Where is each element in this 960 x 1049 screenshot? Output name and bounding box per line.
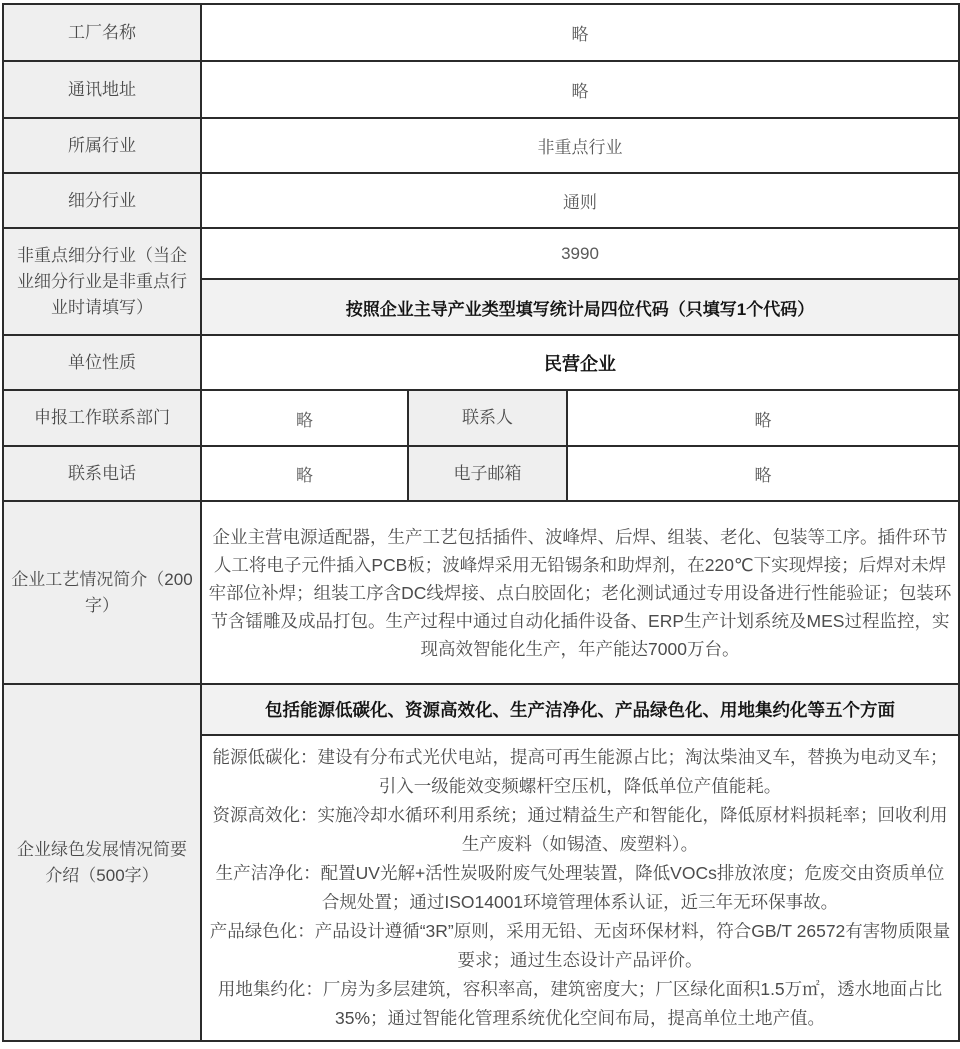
row-factory-name: 工厂名称 略 <box>3 4 959 61</box>
row-sub-industry: 细分行业 通则 <box>3 173 959 228</box>
factory-name-value: 略 <box>201 4 959 61</box>
row-unit-nature: 单位性质 民营企业 <box>3 335 959 390</box>
phone-label: 联系电话 <box>3 446 201 501</box>
non-key-sub-industry-value: 3990 <box>201 228 959 279</box>
green-paragraph-green-product: 产品绿色化：产品设计遵循“3R”原则，采用无铅、无卤环保材料，符合GB/T 26… <box>208 917 952 975</box>
email-value: 略 <box>567 446 959 501</box>
green-paragraph-resource: 资源高效化：实施冷却水循环利用系统；通过精益生产和智能化，降低原材料损耗率；回收… <box>208 801 952 859</box>
row-phone-email: 联系电话 略 电子邮箱 略 <box>3 446 959 501</box>
phone-value: 略 <box>201 446 408 501</box>
factory-name-label: 工厂名称 <box>3 4 201 61</box>
enterprise-form-page: 工厂名称 略 通讯地址 略 所属行业 非重点行业 细分行业 通则 非重点细分行业… <box>0 0 960 1049</box>
process-intro-label: 企业工艺情况简介（200字） <box>3 501 201 684</box>
green-paragraph-clean-production: 生产洁净化：配置UV光解+活性炭吸附废气处理装置，降低VOCs排放浓度；危废交由… <box>208 859 952 917</box>
green-development-header: 包括能源低碳化、资源高效化、生产洁净化、产品绿色化、用地集约化等五个方面 <box>201 684 959 735</box>
non-key-sub-industry-label: 非重点细分行业（当企业细分行业是非重点行业时请填写） <box>3 228 201 335</box>
address-value: 略 <box>201 61 959 118</box>
non-key-sub-industry-note: 按照企业主导产业类型填写统计局四位代码（只填写1个代码） <box>201 279 959 335</box>
contact-dept-value: 略 <box>201 390 408 446</box>
row-non-key-sub-industry: 非重点细分行业（当企业细分行业是非重点行业时请填写） 3990 <box>3 228 959 279</box>
enterprise-info-table: 工厂名称 略 通讯地址 略 所属行业 非重点行业 细分行业 通则 非重点细分行业… <box>2 3 960 1042</box>
contact-person-value: 略 <box>567 390 959 446</box>
row-process-intro: 企业工艺情况简介（200字） 企业主营电源适配器，生产工艺包括插件、波峰焊、后焊… <box>3 501 959 684</box>
row-address: 通讯地址 略 <box>3 61 959 118</box>
row-industry: 所属行业 非重点行业 <box>3 118 959 173</box>
address-label: 通讯地址 <box>3 61 201 118</box>
unit-nature-value: 民营企业 <box>201 335 959 390</box>
green-development-text: 能源低碳化：建设有分布式光伏电站，提高可再生能源占比；淘汰柴油叉车，替换为电动叉… <box>201 735 959 1041</box>
industry-value: 非重点行业 <box>201 118 959 173</box>
row-green-development-header: 企业绿色发展情况简要介绍（500字） 包括能源低碳化、资源高效化、生产洁净化、产… <box>3 684 959 735</box>
contact-person-label: 联系人 <box>408 390 567 446</box>
green-paragraph-energy: 能源低碳化：建设有分布式光伏电站，提高可再生能源占比；淘汰柴油叉车，替换为电动叉… <box>208 743 952 801</box>
unit-nature-label: 单位性质 <box>3 335 201 390</box>
sub-industry-label: 细分行业 <box>3 173 201 228</box>
green-development-label: 企业绿色发展情况简要介绍（500字） <box>3 684 201 1041</box>
contact-dept-label: 申报工作联系部门 <box>3 390 201 446</box>
industry-label: 所属行业 <box>3 118 201 173</box>
sub-industry-value: 通则 <box>201 173 959 228</box>
green-paragraph-land-use: 用地集约化：厂房为多层建筑，容积率高，建筑密度大；厂区绿化面积1.5万㎡，透水地… <box>208 975 952 1033</box>
process-intro-text: 企业主营电源适配器，生产工艺包括插件、波峰焊、后焊、组装、老化、包装等工序。插件… <box>201 501 959 684</box>
email-label: 电子邮箱 <box>408 446 567 501</box>
row-contact-dept: 申报工作联系部门 略 联系人 略 <box>3 390 959 446</box>
